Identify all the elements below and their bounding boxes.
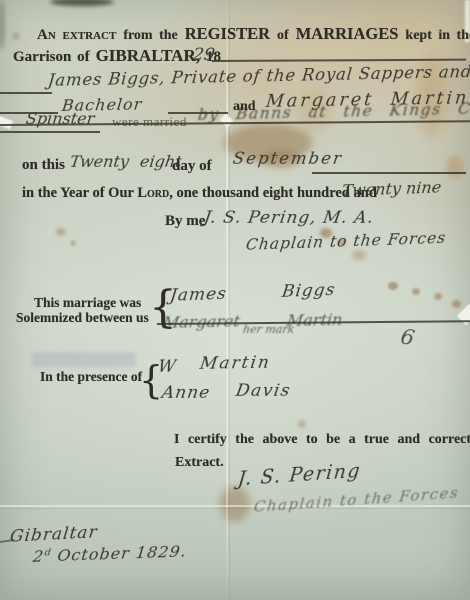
marriage-month-handwriting: September bbox=[232, 149, 345, 168]
date-handwriting: 2d October 1829. bbox=[32, 542, 188, 566]
gibraltar-label: GIBRALTAR, bbox=[96, 46, 200, 65]
were-married-label: were married bbox=[112, 114, 187, 130]
witness2-first-handwriting: Anne bbox=[160, 383, 211, 403]
witness1-name-handwriting: Martin bbox=[199, 353, 273, 374]
date-day-suffix: d bbox=[44, 547, 53, 558]
witness2-last-handwriting: Davis bbox=[234, 381, 292, 401]
marriage-year-handwriting: Twenty nine bbox=[341, 177, 442, 200]
document-title-line2: Garrison of GIBRALTAR, 18 bbox=[13, 46, 221, 66]
officiant-title-handwriting: Chaplain to the Forces bbox=[245, 229, 447, 254]
stain-left-edge bbox=[0, 0, 5, 50]
title-an-extract: An extract bbox=[37, 27, 116, 43]
year-written-handwriting: 29 bbox=[192, 45, 216, 65]
bride-condition-handwriting: Spinster bbox=[25, 109, 96, 128]
year-line-lord: Lord, bbox=[137, 185, 173, 201]
officiant-signature-handwriting: J. S. Pering, M. A. bbox=[202, 208, 375, 228]
title-marriages: MARRIAGES bbox=[296, 24, 399, 43]
title-register: REGISTER bbox=[185, 24, 270, 43]
certify-line1: I certify the above to be a true and cor… bbox=[174, 432, 470, 448]
bride-signature-first: Margaret bbox=[162, 312, 242, 332]
on-this-label: on this bbox=[22, 157, 65, 174]
year-line-pre: in the Year of Our bbox=[22, 185, 134, 201]
ruled-line-after-year bbox=[212, 59, 466, 62]
solemnized-label: Solemnized between us bbox=[16, 310, 149, 326]
pencil-mark: 6 bbox=[399, 324, 417, 350]
title-kept-in-the: kept in the bbox=[405, 28, 470, 43]
stain-dots-on-rule-3 bbox=[434, 293, 442, 300]
stain-top-left-smudge bbox=[50, 0, 114, 6]
year-words-line: in the Year of Our Lord, one thousand ei… bbox=[22, 185, 377, 202]
garrison-of-label: Garrison of bbox=[13, 49, 90, 65]
witness1-initial-handwriting: W bbox=[156, 357, 177, 377]
certify-line2: Extract. bbox=[175, 455, 224, 471]
document-title-line1: An extract from the REGISTER of MARRIAGE… bbox=[37, 24, 470, 44]
groom-signature-first: James bbox=[169, 284, 228, 306]
presence-of-label: In the presence of bbox=[40, 369, 142, 385]
vertical-fold-crease bbox=[226, 0, 228, 600]
title-of: of bbox=[277, 28, 289, 43]
paper-speck-left bbox=[0, 116, 13, 130]
ruled-line-stub-groom bbox=[0, 92, 52, 94]
stain-dots-on-rule-4 bbox=[452, 300, 461, 308]
day-of-label: day of bbox=[172, 158, 212, 175]
ruled-line-month bbox=[312, 172, 466, 174]
date-rest: October 1829. bbox=[56, 542, 188, 566]
stain-dot-5 bbox=[56, 228, 66, 236]
certify-signature-handwriting: J. S. Pering bbox=[237, 459, 362, 490]
ruled-line-stub-spinster bbox=[0, 131, 100, 133]
stain-dot-6 bbox=[70, 240, 76, 246]
stain-dot-7 bbox=[298, 420, 306, 428]
marriage-was-label: This marriage was bbox=[34, 295, 141, 311]
stain-right-mid bbox=[446, 156, 464, 178]
stain-fold-cross bbox=[220, 486, 250, 522]
groom-signature-last: Biggs bbox=[281, 280, 337, 302]
marriage-day-handwriting: Twenty eight bbox=[69, 152, 183, 171]
certify-title-handwriting: Chaplain to the Forces bbox=[253, 484, 460, 517]
place-handwriting: Gibraltar bbox=[9, 522, 99, 547]
stain-dot-4 bbox=[352, 250, 366, 260]
vertical-fold-crease-shadow bbox=[229, 0, 230, 600]
ink-bleed-ghost-stamp bbox=[32, 352, 136, 367]
horizontal-fold-crease-shadow bbox=[0, 508, 470, 509]
bride-signature-last: Martin bbox=[286, 310, 344, 330]
stain-dot-1 bbox=[12, 32, 20, 40]
stain-dots-on-rule-2 bbox=[412, 288, 420, 295]
marriage-register-extract-document: An extract from the REGISTER of MARRIAGE… bbox=[0, 0, 470, 600]
by-me-label: By me bbox=[165, 213, 205, 230]
stain-dots-on-rule-1 bbox=[388, 282, 398, 290]
title-from-the: from the bbox=[123, 28, 177, 43]
